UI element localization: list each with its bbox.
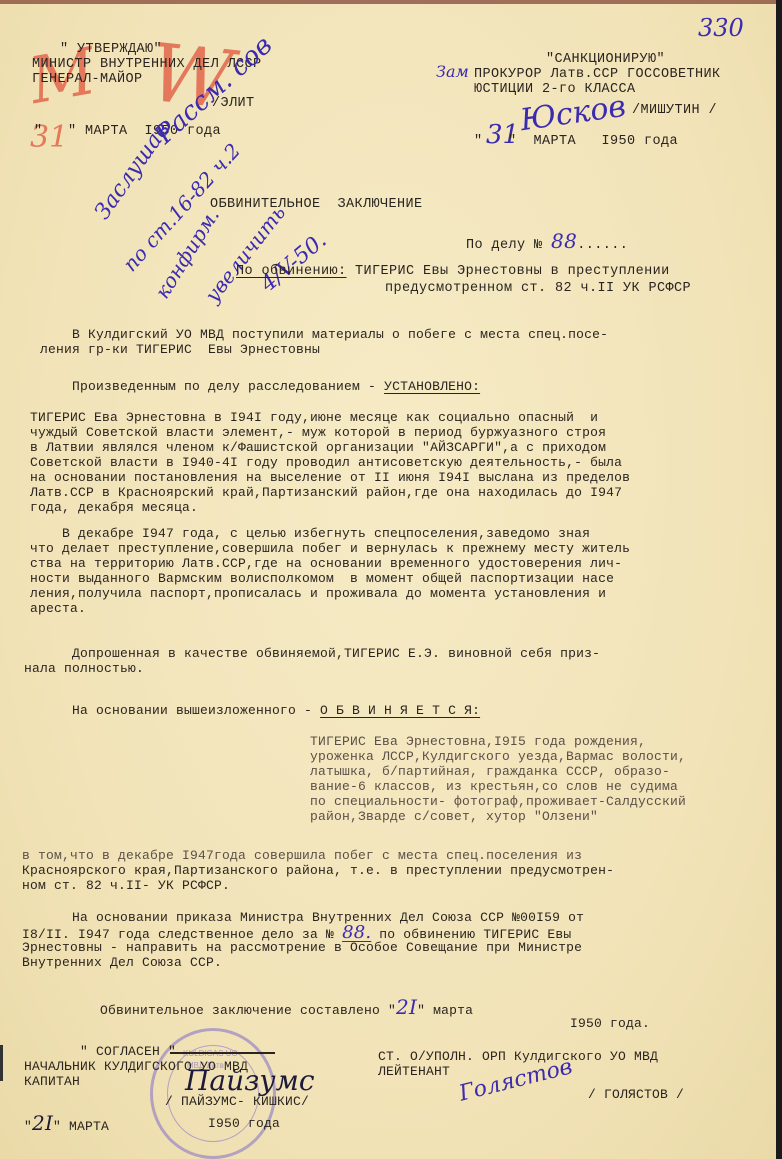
top-edge — [0, 0, 782, 4]
document-page: 330 M W 31 " УТВЕРЖДАЮ" МИНИСТР ВНУТРЕНН… — [0, 0, 782, 1159]
stamp-text-top: KULDIGAS UO — [183, 1049, 238, 1058]
text-line: Эрнестовны - направить на рассмотрение в… — [22, 940, 582, 955]
composed-day-hand: 2I — [396, 995, 417, 1019]
text-line: на основании постановления на выселение … — [30, 470, 630, 485]
officer-line-2: ЛЕЙТЕНАНТ — [378, 1064, 450, 1079]
text-line: ности выданного Вармским волисполкомом в… — [30, 571, 614, 586]
text-line: латышка, б/партийная, гражданка СССР, об… — [310, 764, 670, 779]
sanction-line-1: ПРОКУРОР Латв.ССР ГОССОВЕТНИК — [474, 67, 721, 82]
text-line: Красноярского края,Партизанского района,… — [22, 863, 614, 878]
text-line: что делает преступление,совершила побег … — [30, 541, 630, 556]
scan-border — [776, 0, 782, 1159]
text-line: В декабре I947 года, с целью избегнуть с… — [30, 526, 590, 541]
text-line: в Латвии являлся членом к/Фашистской орг… — [30, 440, 606, 455]
text-line: В Кулдигский УО МВД поступили материалы … — [40, 327, 608, 342]
text-line: чуждый Советской власти элемент,- муж ко… — [30, 425, 606, 440]
text-line: нала полностью. — [24, 661, 144, 676]
text-line: года, декабря месяца. — [30, 500, 198, 515]
accused-heading: На основании вышеизложенного - О Б В И Н… — [40, 703, 480, 718]
text-line: ления,получила паспорт,прописалась и про… — [30, 586, 606, 601]
case-number-hand: 88 — [551, 229, 577, 253]
text-line: Латв.ССР в Красноярский край,Партизански… — [30, 485, 622, 500]
established-heading: Произведенным по делу расследованием - У… — [40, 379, 480, 394]
composed-year: I950 года. — [570, 1016, 650, 1031]
page-number: 330 — [698, 14, 744, 42]
text-line: вание-6 классов, из крестьян,со слов не … — [310, 779, 678, 794]
agreed-line-2: КАПИТАН — [24, 1074, 80, 1089]
text-line: ства на территорию Латв.ССР,где на основ… — [30, 556, 622, 571]
text-line: Допрошенная в качестве обвиняемой,ТИГЕРИ… — [40, 646, 600, 661]
sanction-name: /МИШУТИН / — [632, 103, 717, 118]
approve-line-2: ГЕНЕРАЛ-МАЙОР — [32, 72, 143, 87]
text-line: ном ст. 82 ч.II- УК РСФСР. — [22, 878, 230, 893]
text-line: уроженка ЛССР,Кулдигского уезда,Вармас в… — [310, 749, 686, 764]
subject-label: По обвинению: ТИГЕРИС Евы Эрнестовны в п… — [236, 264, 670, 279]
text-line: ТИГЕРИС Ева Эрнестовна,I9I5 года рождени… — [310, 734, 646, 749]
subject-line-2: предусмотренном ст. 82 ч.II УК РСФСР — [385, 281, 691, 296]
agreed-name: / ПАЙЗУМС- КИШКИС/ — [165, 1094, 309, 1109]
document-title: ОБВИНИТЕЛЬНОЕ ЗАКЛЮЧЕНИЕ — [210, 197, 423, 212]
text-line: Внутренних Дел Союза ССР. — [22, 955, 222, 970]
text-line: по специальности- фотограф,проживает-Сал… — [310, 794, 686, 809]
agreed-year: I950 года — [208, 1116, 280, 1131]
officer-line-1: СТ. О/УПОЛН. ОРП Кулдигского УО МВД — [378, 1049, 658, 1064]
text-line: ления гр-ки ТИГЕРИС Евы Эрнестовны — [40, 342, 320, 357]
strike-line — [170, 1052, 275, 1054]
text-line: ареста. — [30, 601, 86, 616]
agreed-date: "2I" МАРТА — [24, 1116, 109, 1134]
text-line: Советской власти в I940-4I году проводил… — [30, 455, 622, 470]
text-line: в том,что в декабре I947года совершила п… — [22, 848, 582, 863]
sanction-heading: "САНКЦИОНИРУЮ" — [546, 52, 665, 67]
agreed-day-hand: 2I — [32, 1111, 53, 1135]
case-number: По делу № 88...... — [466, 234, 628, 253]
sanction-date: " " МАРТА I950 года — [474, 134, 678, 149]
margin-mark — [0, 1045, 3, 1081]
text-line: район,Зварде с/совет, хутор "Олзени" — [310, 809, 598, 824]
text-line: ТИГЕРИС Ева Эрнестовна в I94I году,июне … — [30, 410, 598, 425]
officer-name: / ГОЛЯСТОВ / — [588, 1087, 684, 1102]
agreed-heading: " СОГЛАСЕН " — [80, 1044, 176, 1059]
text-line: На основании приказа Министра Внутренних… — [40, 910, 584, 925]
composed-date: Обвинительное заключение составлено "2I"… — [100, 1000, 473, 1018]
approve-heading: " УТВЕРЖДАЮ" — [60, 42, 162, 57]
sanction-deputy-hand: Зам — [436, 62, 469, 81]
agreed-signature: Пайзумс — [185, 1064, 315, 1097]
